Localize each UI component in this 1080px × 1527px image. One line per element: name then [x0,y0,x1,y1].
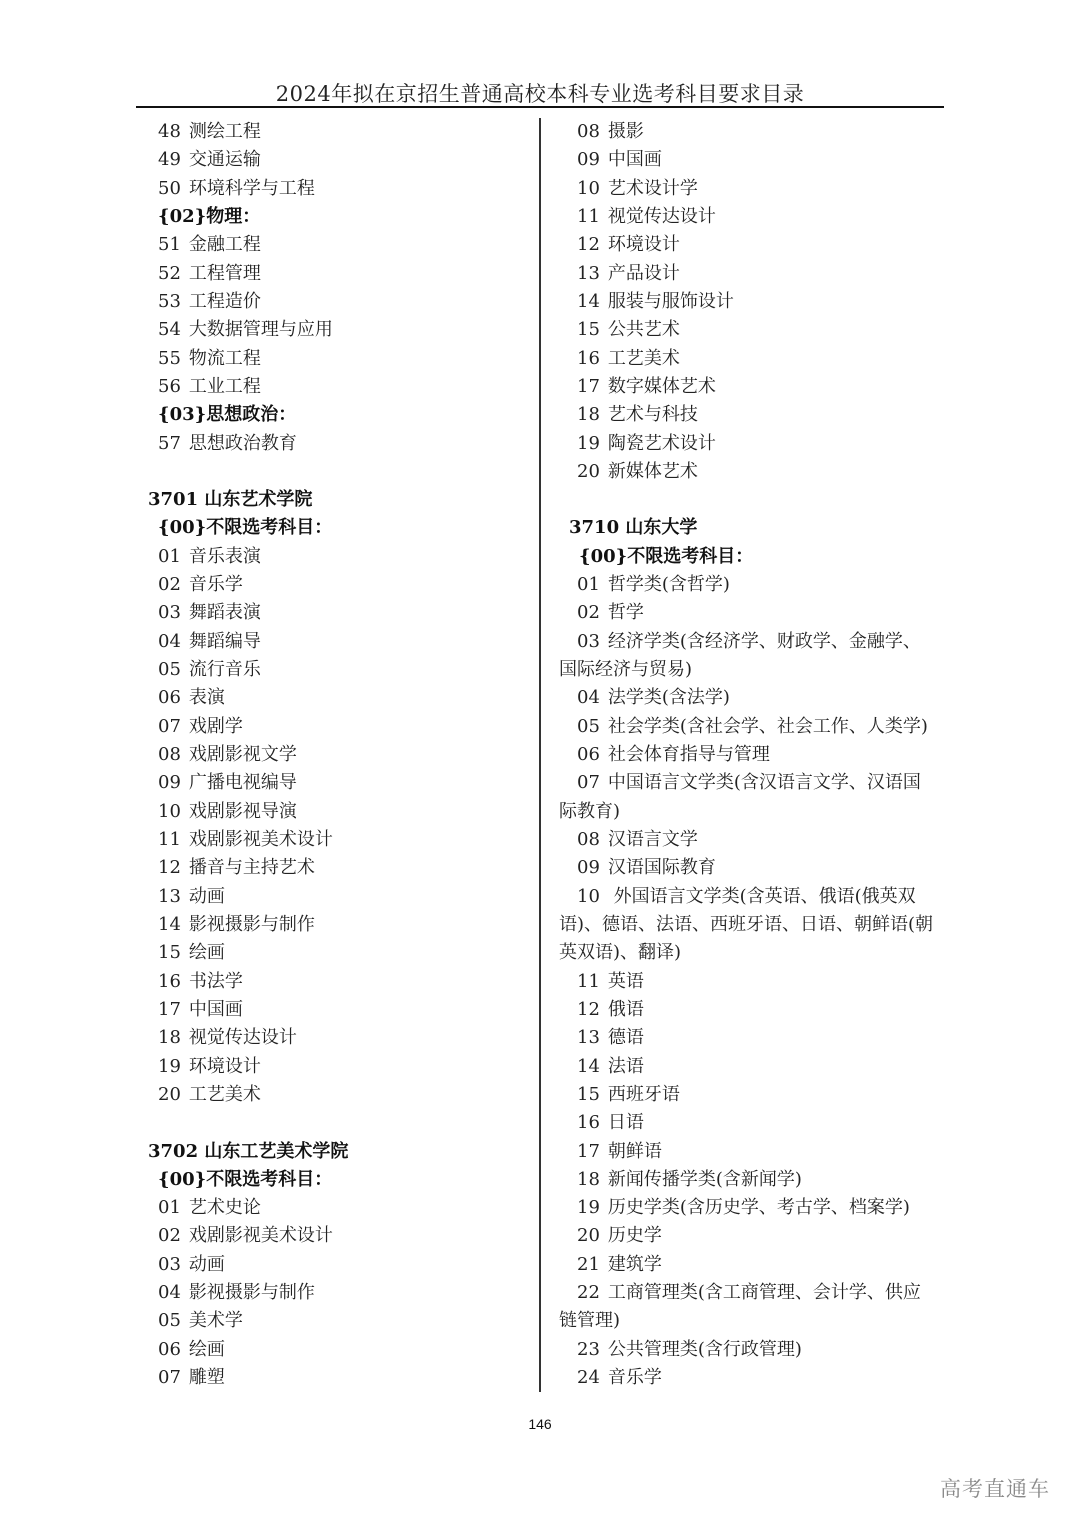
major-name: 日语 [608,1112,644,1133]
watermark: 高考直通车 [940,1473,1050,1503]
major-name: 美术学 [189,1310,243,1331]
major-code: 02 [577,599,600,627]
major-item-continuation: 国际经济与贸易) [559,656,692,684]
major-code: 16 [577,1109,600,1137]
major-name: 大数据管理与应用 [189,319,333,340]
major-name: 视觉传达设计 [189,1027,297,1048]
major-code: 07 [577,769,600,797]
major-item: 20历史学 [577,1222,662,1250]
major-name: 戏剧影视美术设计 [189,829,333,850]
major-code: 14 [158,911,181,939]
major-code: 53 [158,288,181,316]
major-item: 18视觉传达设计 [158,1024,297,1052]
major-code: 11 [577,203,600,231]
major-item: 13德语 [577,1024,644,1052]
major-code: 18 [577,401,600,429]
major-code: 09 [158,769,181,797]
major-item: 19历史学类(含历史学、考古学、档案学) [577,1194,910,1222]
major-item: 16工艺美术 [577,345,680,373]
subject-group-heading: {00}不限选考科目： [158,514,332,542]
major-code: 05 [158,656,181,684]
major-item: 11视觉传达设计 [577,203,716,231]
major-item: 51金融工程 [158,231,261,259]
major-item: 04法学类(含法学) [577,684,730,712]
major-code: 11 [577,968,600,996]
major-item: 03经济学类(含经济学、财政学、金融学、 [577,628,921,656]
major-name: 法语 [608,1056,644,1077]
major-item: 08汉语言文学 [577,826,698,854]
major-item: 05社会学类(含社会学、社会工作、人类学) [577,713,928,741]
major-item: 04影视摄影与制作 [158,1279,315,1307]
major-code: 19 [577,1194,600,1222]
major-name: 中国语言文学类(含汉语言文学、汉语国 [608,772,921,793]
major-item: 02哲学 [577,599,644,627]
major-name: 书法学 [189,971,243,992]
subject-group-heading: {00}不限选考科目： [158,1166,332,1194]
major-name: 新闻传播学类(含新闻学) [608,1169,802,1190]
major-code: 08 [577,118,600,146]
major-code: 56 [158,373,181,401]
major-item: 04舞蹈编导 [158,628,261,656]
major-code: 15 [577,1081,600,1109]
document-title: 2024年拟在京招生普通高校本科专业选考科目要求目录 [0,78,1080,108]
major-item: 13动画 [158,883,225,911]
major-code: 20 [577,1222,600,1250]
major-name: 金融工程 [189,234,261,255]
major-item-continuation: 语)、德语、法语、西班牙语、日语、朝鲜语(朝 [559,911,933,939]
major-name: 音乐学 [189,574,243,595]
major-item-continuation: 际教育) [559,798,620,826]
major-code: 14 [577,288,600,316]
major-name: 哲学 [608,602,644,623]
major-code: 13 [577,260,600,288]
major-item: 01艺术史论 [158,1194,261,1222]
major-item: 15绘画 [158,939,225,967]
major-code: 06 [158,1336,181,1364]
major-item: 03动画 [158,1251,225,1279]
major-item: 09广播电视编导 [158,769,297,797]
major-item: 50环境科学与工程 [158,175,315,203]
major-name: 播音与主持艺术 [189,857,315,878]
major-item: 14服装与服饰设计 [577,288,734,316]
major-name: 历史学 [608,1225,662,1246]
major-name: 动画 [189,1254,225,1275]
major-code: 03 [577,628,600,656]
major-item: 11戏剧影视美术设计 [158,826,333,854]
major-name: 中国画 [189,999,243,1020]
major-name: 汉语国际教育 [608,857,716,878]
major-item: 48测绘工程 [158,118,261,146]
major-code: 19 [158,1053,181,1081]
major-name: 经济学类(含经济学、财政学、金融学、 [608,631,921,652]
major-name: 视觉传达设计 [608,206,716,227]
major-item: 12环境设计 [577,231,680,259]
subject-group-heading: {03}思想政治： [158,401,296,429]
major-name: 社会学类(含社会学、社会工作、人类学) [608,716,928,737]
major-name: 广播电视编导 [189,772,297,793]
major-item: 49交通运输 [158,146,261,174]
major-name: 公共艺术 [608,319,680,340]
page-number: 146 [0,1416,1080,1432]
major-item: 20工艺美术 [158,1081,261,1109]
major-code: 01 [158,1194,181,1222]
major-name: 流行音乐 [189,659,261,680]
major-item: 09汉语国际教育 [577,854,716,882]
major-item: 55物流工程 [158,345,261,373]
major-code: 04 [577,684,600,712]
major-code: 09 [577,854,600,882]
major-item: 18新闻传播学类(含新闻学) [577,1166,802,1194]
major-name: 舞蹈编导 [189,631,261,652]
major-item: 09中国画 [577,146,662,174]
major-name: 工艺美术 [189,1084,261,1105]
major-item: 18艺术与科技 [577,401,698,429]
major-item: 17朝鲜语 [577,1138,662,1166]
major-code: 52 [158,260,181,288]
major-name: 艺术设计学 [608,178,698,199]
major-name: 戏剧影视美术设计 [189,1225,333,1246]
major-code: 04 [158,1279,181,1307]
major-item: 24音乐学 [577,1364,662,1392]
major-name: 环境科学与工程 [189,178,315,199]
major-name: 哲学类(含哲学) [608,574,730,595]
major-item: 12俄语 [577,996,644,1024]
major-item: 21建筑学 [577,1251,662,1279]
major-item: 06社会体育指导与管理 [577,741,770,769]
major-item: 07雕塑 [158,1364,225,1392]
major-item: 16书法学 [158,968,243,996]
major-name: 新媒体艺术 [608,461,698,482]
major-code: 12 [577,996,600,1024]
major-item: 12播音与主持艺术 [158,854,315,882]
major-item: 11英语 [577,968,644,996]
major-code: 10 [577,883,600,911]
major-code: 16 [577,345,600,373]
major-code: 07 [158,713,181,741]
major-item: 57思想政治教育 [158,430,297,458]
major-code: 03 [158,599,181,627]
major-name: 德语 [608,1027,644,1048]
major-item: 05美术学 [158,1307,243,1335]
major-item: 15公共艺术 [577,316,680,344]
major-name: 测绘工程 [189,121,261,142]
major-name: 戏剧影视导演 [189,801,297,822]
major-item: 01哲学类(含哲学) [577,571,730,599]
school-heading: 3701 山东艺术学院 [148,486,312,514]
major-code: 15 [158,939,181,967]
major-name: 法学类(含法学) [608,687,730,708]
major-code: 54 [158,316,181,344]
major-name: 工商管理类(含工商管理、会计学、供应 [608,1282,921,1303]
major-name: 艺术史论 [189,1197,261,1218]
major-item: 07中国语言文学类(含汉语言文学、汉语国 [577,769,921,797]
major-name: 社会体育指导与管理 [608,744,770,765]
major-code: 18 [158,1024,181,1052]
major-name: 产品设计 [608,263,680,284]
major-code: 51 [158,231,181,259]
major-name: 汉语言文学 [608,829,698,850]
column-divider [539,118,541,1392]
major-code: 02 [158,1222,181,1250]
major-code: 13 [158,883,181,911]
major-name: 表演 [189,687,225,708]
major-code: 02 [158,571,181,599]
major-name: 西班牙语 [608,1084,680,1105]
major-code: 07 [158,1364,181,1392]
major-code: 19 [577,430,600,458]
major-name: 艺术与科技 [608,404,698,425]
major-code: 12 [158,854,181,882]
major-item: 05流行音乐 [158,656,261,684]
major-name: 影视摄影与制作 [189,1282,315,1303]
major-code: 13 [577,1024,600,1052]
major-code: 55 [158,345,181,373]
major-name: 环境设计 [608,234,680,255]
school-heading: 3710 山东大学 [569,514,697,542]
major-code: 05 [158,1307,181,1335]
major-item: 06绘画 [158,1336,225,1364]
major-name: 工艺美术 [608,348,680,369]
major-name: 绘画 [189,942,225,963]
major-item: 07戏剧学 [158,713,243,741]
major-code: 14 [577,1053,600,1081]
major-code: 06 [577,741,600,769]
major-code: 05 [577,713,600,741]
major-name: 交通运输 [189,149,261,170]
major-item: 03舞蹈表演 [158,599,261,627]
major-code: 06 [158,684,181,712]
major-name: 音乐学 [608,1367,662,1388]
major-name: 音乐表演 [189,546,261,567]
major-code: 11 [158,826,181,854]
header-divider [136,106,944,108]
major-code: 01 [158,543,181,571]
major-item: 52工程管理 [158,260,261,288]
major-item-continuation: 链管理) [559,1307,620,1335]
major-item: 15西班牙语 [577,1081,680,1109]
major-name: 陶瓷艺术设计 [608,433,716,454]
major-item: 08摄影 [577,118,644,146]
major-name: 公共管理类(含行政管理) [608,1339,802,1360]
major-item: 19陶瓷艺术设计 [577,430,716,458]
major-item: 13产品设计 [577,260,680,288]
major-name: 物流工程 [189,348,261,369]
subject-group-heading: {00}不限选考科目： [579,543,753,571]
major-name: 英语 [608,971,644,992]
major-item: 06表演 [158,684,225,712]
major-item: 17数字媒体艺术 [577,373,716,401]
major-name: 中国画 [608,149,662,170]
major-item: 53工程造价 [158,288,261,316]
major-code: 20 [158,1081,181,1109]
major-code: 10 [577,175,600,203]
major-code: 17 [158,996,181,1024]
major-item: 22工商管理类(含工商管理、会计学、供应 [577,1279,921,1307]
major-item: 10 外国语言文学类(含英语、俄语(俄英双 [577,883,916,911]
major-item: 54大数据管理与应用 [158,316,333,344]
major-code: 15 [577,316,600,344]
major-code: 48 [158,118,181,146]
major-name: 历史学类(含历史学、考古学、档案学) [608,1197,910,1218]
major-code: 57 [158,430,181,458]
major-code: 21 [577,1251,600,1279]
major-code: 50 [158,175,181,203]
major-name: 戏剧影视文学 [189,744,297,765]
major-name: 数字媒体艺术 [608,376,716,397]
major-code: 22 [577,1279,600,1307]
major-name: 外国语言文学类(含英语、俄语(俄英双 [608,886,916,907]
major-code: 04 [158,628,181,656]
major-name: 戏剧学 [189,716,243,737]
major-code: 09 [577,146,600,174]
major-name: 绘画 [189,1339,225,1360]
major-name: 影视摄影与制作 [189,914,315,935]
major-item: 01音乐表演 [158,543,261,571]
major-item: 02音乐学 [158,571,243,599]
major-code: 18 [577,1166,600,1194]
major-item-continuation: 英双语)、翻译) [559,939,681,967]
major-code: 08 [577,826,600,854]
major-code: 49 [158,146,181,174]
major-code: 20 [577,458,600,486]
major-name: 工业工程 [189,376,261,397]
major-name: 雕塑 [189,1367,225,1388]
major-name: 环境设计 [189,1056,261,1077]
major-item: 16日语 [577,1109,644,1137]
major-name: 动画 [189,886,225,907]
subject-group-heading: {02}物理： [158,203,260,231]
major-item: 23公共管理类(含行政管理) [577,1336,802,1364]
major-code: 17 [577,373,600,401]
major-code: 12 [577,231,600,259]
major-code: 23 [577,1336,600,1364]
major-name: 服装与服饰设计 [608,291,734,312]
major-item: 17中国画 [158,996,243,1024]
major-name: 工程管理 [189,263,261,284]
major-name: 建筑学 [608,1254,662,1275]
major-item: 14法语 [577,1053,644,1081]
major-name: 工程造价 [189,291,261,312]
major-code: 17 [577,1138,600,1166]
major-code: 01 [577,571,600,599]
major-code: 03 [158,1251,181,1279]
school-heading: 3702 山东工艺美术学院 [148,1138,348,1166]
major-item: 08戏剧影视文学 [158,741,297,769]
major-code: 24 [577,1364,600,1392]
major-item: 10戏剧影视导演 [158,798,297,826]
major-item: 14影视摄影与制作 [158,911,315,939]
major-item: 10艺术设计学 [577,175,698,203]
major-item: 56工业工程 [158,373,261,401]
major-name: 朝鲜语 [608,1141,662,1162]
major-code: 08 [158,741,181,769]
major-item: 19环境设计 [158,1053,261,1081]
major-item: 20新媒体艺术 [577,458,698,486]
major-code: 10 [158,798,181,826]
major-item: 02戏剧影视美术设计 [158,1222,333,1250]
major-code: 16 [158,968,181,996]
major-name: 舞蹈表演 [189,602,261,623]
major-name: 摄影 [608,121,644,142]
major-name: 俄语 [608,999,644,1020]
major-name: 思想政治教育 [189,433,297,454]
